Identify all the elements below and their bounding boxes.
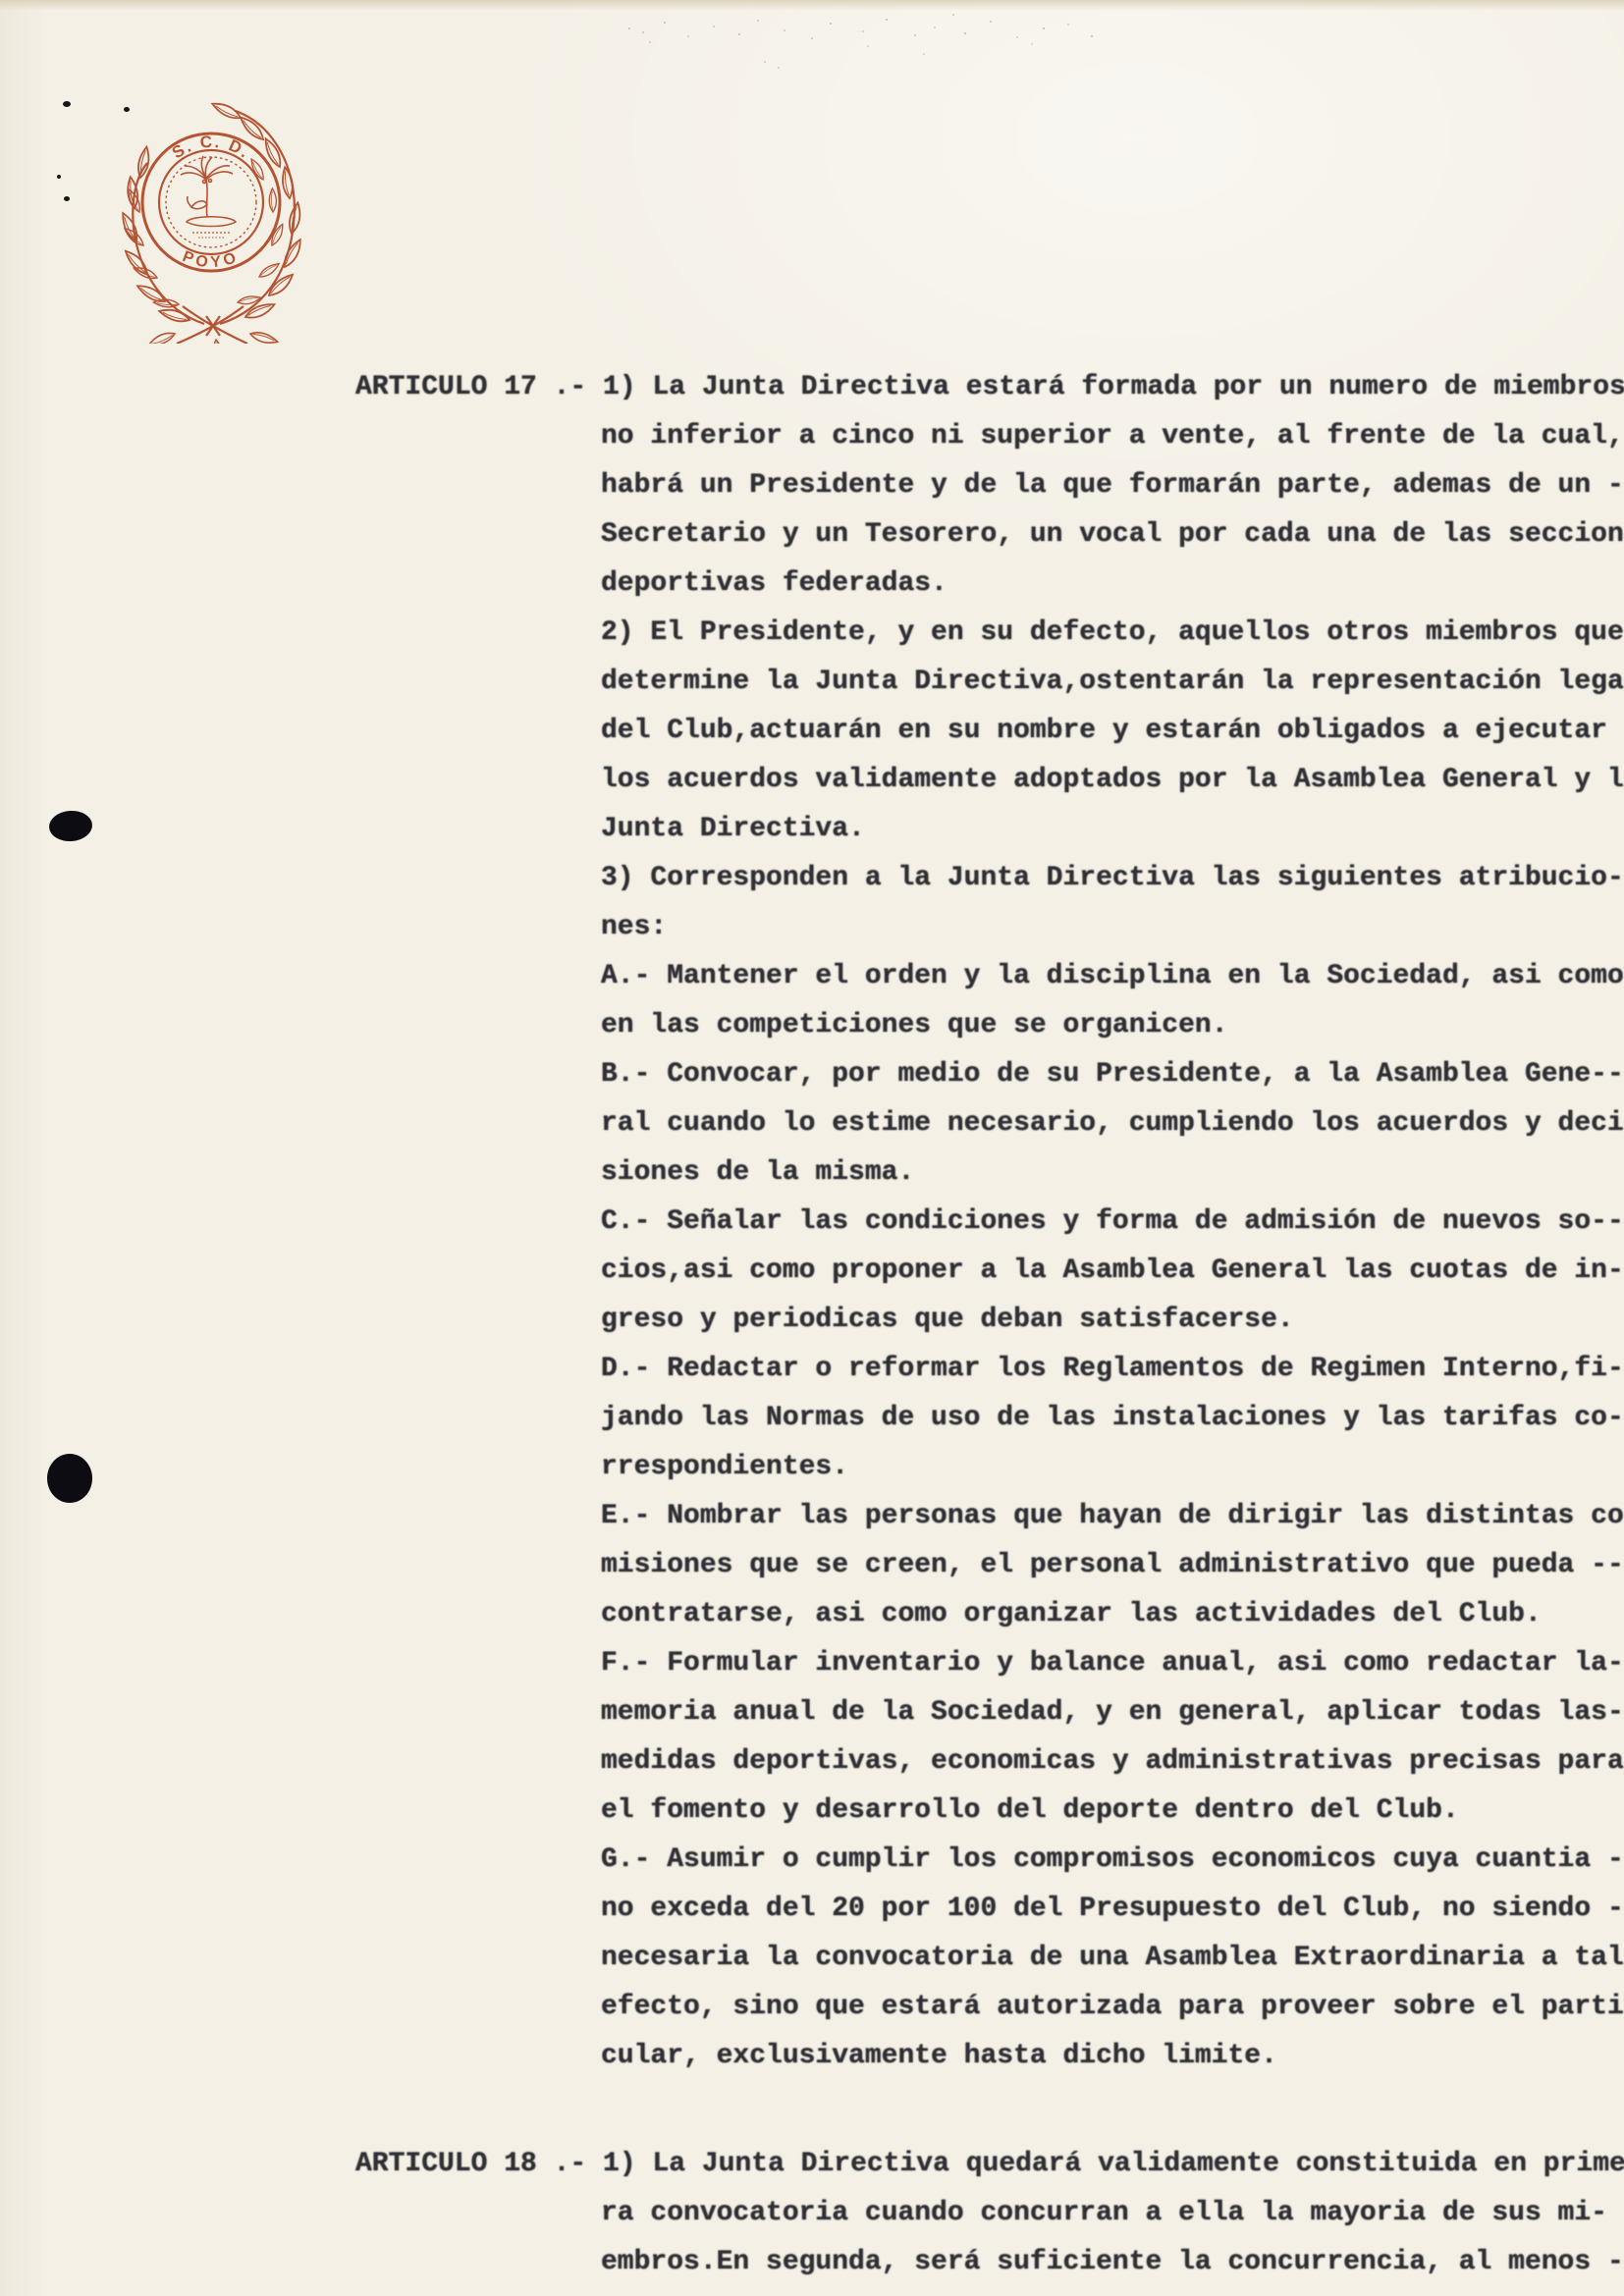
pencil-smudge-artifact [628,27,630,29]
text-line: D.- Redactar o reformar los Reglamentos … [0,1345,1624,1394]
text-line: nes: [0,903,1624,952]
text-line: 3) Corresponden a la Junta Directiva las… [0,854,1624,903]
ink-speck [57,175,61,179]
text-line: jando las Normas de uso de las instalaci… [0,1394,1624,1443]
text-line: Junta Directiva. [0,805,1624,854]
text-line: habrá un Presidente y de la que formarán… [0,461,1624,510]
text-line: greso y periodicas que deban satisfacers… [0,1296,1624,1345]
article-gap [0,2081,1624,2140]
text-line: deportivas federadas. [0,560,1624,609]
text-line: medidas deportivas, economicas y adminis… [0,1737,1624,1787]
scan-edge-artifact [0,0,1624,11]
text-line: misiones que se creen, el personal admin… [0,1541,1624,1590]
text-line: 2) El Presidente, y en su defecto, aquel… [0,609,1624,658]
text-line: memoria anual de la Sociedad, y en gener… [0,1688,1624,1737]
text-line: contratarse, asi como organizar las acti… [0,1590,1624,1639]
text-line: del Club,actuarán en su nombre y estarán… [0,707,1624,756]
text-line: B.- Convocar, por medio de su Presidente… [0,1050,1624,1099]
text-line: rrespondientes. [0,1443,1624,1492]
text-line: siones de la misma. [0,1148,1624,1198]
text-line: C.- Señalar las condiciones y forma de a… [0,1198,1624,1247]
club-emblem: S. C. D. POYO [88,79,339,344]
text-line: en las competiciones que se organicen. [0,1001,1624,1050]
scanned-document-page: S. C. D. POYO ARTICULO 17 .- 1) La Junta… [0,0,1624,2296]
text-line: 1) La Junta Directiva estará formada por… [603,372,1624,402]
document-text: ARTICULO 17 .- 1) La Junta Directiva est… [0,363,1624,2287]
text-line: determine la Junta Directiva,ostentarán … [0,658,1624,707]
text-line: el fomento y desarrollo del deporte dent… [0,1787,1624,1836]
text-line: no inferior a cinco ni superior a vente,… [0,412,1624,461]
text-line: G.- Asumir o cumplir los compromisos eco… [0,1836,1624,1885]
text-line: embros.En segunda, será suficiente la co… [0,2238,1624,2287]
text-line: los acuerdos validamente adoptados por l… [0,756,1624,805]
text-line: A.- Mantener el orden y la disciplina en… [0,952,1624,1001]
seal-rings-icon [142,133,280,271]
text-line: Secretario y un Tesorero, un vocal por c… [0,510,1624,560]
text-line: cular, exclusivamente hasta dicho limite… [0,2032,1624,2081]
article-17-heading: ARTICULO 17 .- [355,372,603,402]
ink-speck [64,196,70,201]
ink-speck [63,101,71,107]
text-line: efecto, sino que estará autorizada para … [0,1983,1624,2032]
palm-tree-icon [181,156,236,238]
article-18-heading: ARTICULO 18 .- [355,2149,603,2179]
text-line: F.- Formular inventario y balance anual,… [0,1639,1624,1688]
text-line: E.- Nombrar las personas que hayan de di… [0,1492,1624,1541]
text-line: ra convocatoria cuando concurran a ella … [0,2189,1624,2238]
article-18-first-line: ARTICULO 18 .- 1) La Junta Directiva que… [0,2140,1624,2189]
article-17-first-line: ARTICULO 17 .- 1) La Junta Directiva est… [0,363,1624,412]
text-line: ral cuando lo estime necesario, cumplien… [0,1099,1624,1148]
text-line: 1) La Junta Directiva quedará validament… [603,2149,1624,2179]
text-line: cios,asi como proponer a la Asamblea Gen… [0,1247,1624,1296]
text-line: no exceda del 20 por 100 del Presupuesto… [0,1885,1624,1934]
text-line: necesaria la convocatoria de una Asamble… [0,1934,1624,1983]
